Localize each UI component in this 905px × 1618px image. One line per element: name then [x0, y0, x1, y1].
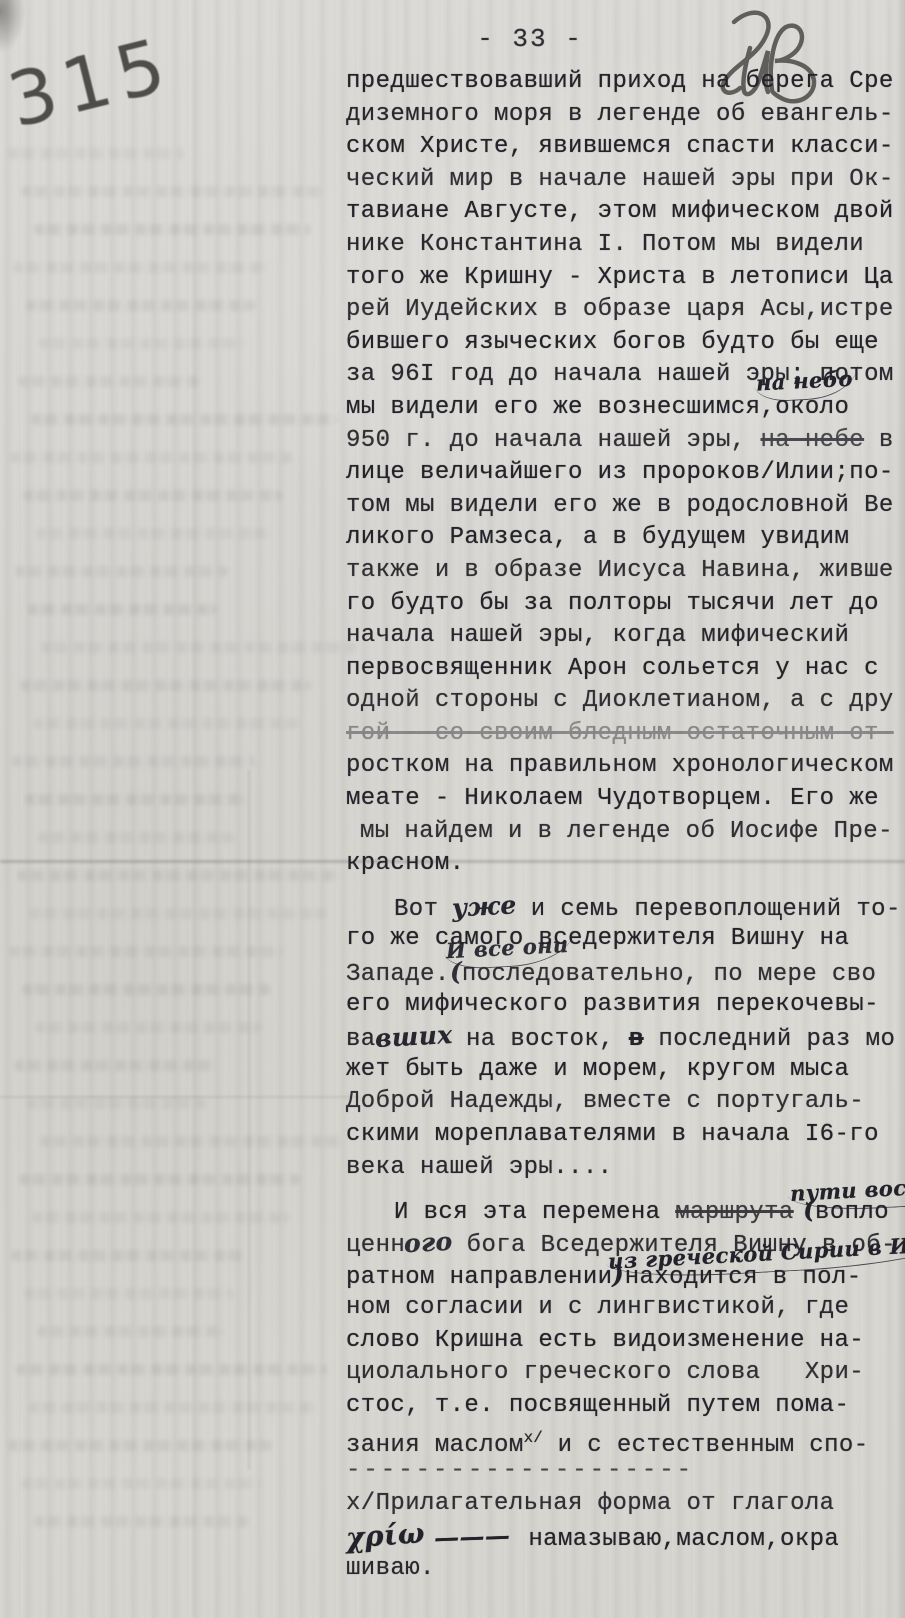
typed-line: стос, т.е. посвященный путем пома- [346, 1390, 902, 1423]
typed-text: ном согласии и с лингвистикой, где [346, 1294, 849, 1321]
typed-line: диземного моря в легенде об евангель- [346, 99, 902, 132]
bleed-through-line [34, 224, 311, 235]
typed-line: го же самого вседержителя Вишну на [346, 923, 902, 956]
typed-line: циолального греческого слова Хри- [346, 1357, 902, 1390]
typed-line: того же Кришну - Христа в летописи Ца [346, 262, 902, 295]
typed-line: слово Кришна есть видоизменение на- [346, 1325, 902, 1358]
typed-text: ликого Рамзеса, а в будущем увидим [346, 524, 849, 551]
typed-line: меате - Николаем Чудотворцем. Его же [346, 783, 902, 816]
handwritten-text: х/ [524, 1429, 543, 1447]
bleed-through-line [40, 1136, 344, 1147]
bleed-through-line [17, 870, 338, 881]
bleed-through-line [34, 1516, 250, 1527]
typed-line: начала нашей эры, когда мифический [346, 620, 902, 653]
typed-line: том мы видели его же в родословной Ве [346, 490, 902, 523]
typed-line: χρίω ——— намазываю,маслом,окра [346, 1520, 902, 1553]
typed-line: ликого Рамзеса, а в будущем увидим [346, 522, 902, 555]
bleed-through-line [20, 680, 311, 691]
typed-text: одной стороны с Диоклетианом, а с дру [346, 687, 894, 714]
bleed-through-line [12, 756, 255, 767]
typed-text: того же Кришну - Христа в летописи Ца [346, 264, 894, 291]
struck-text: в [629, 1026, 644, 1053]
bleed-through-line [11, 1250, 244, 1261]
bleed-through-line [28, 604, 217, 615]
typed-text: ценн [346, 1232, 405, 1259]
typed-line: жет быть даже и морем, кругом мыса [346, 1054, 902, 1087]
typed-text: и семь перевоплощений то- [516, 896, 901, 923]
typed-line: ратном направлениииз греческой Сирии в И… [346, 1259, 902, 1292]
corner-smudge [0, 0, 26, 54]
scanned-typescript-page: - 33 - 315 предшествовавший приход на бе… [0, 0, 905, 1618]
typed-line: ском Христе, явившемся спасти класси- [346, 131, 902, 164]
typed-text: на восток, [451, 1026, 629, 1053]
bleed-through-line [13, 262, 267, 273]
bleed-through-line [8, 148, 184, 159]
typed-line: х/Прилагательная форма от глагола [346, 1488, 902, 1521]
typed-text: го будто бы за полторы тысячи лет до [346, 590, 879, 617]
typed-text: века нашей эры.... [346, 1154, 612, 1181]
typed-text: шиваю. [346, 1555, 435, 1582]
handwritten-text: χρίω [345, 1517, 426, 1555]
typed-text: х/Прилагательная форма от глагола [346, 1490, 834, 1517]
handwritten-page-number: 315 [0, 21, 181, 144]
typed-text: жет быть даже и морем, кругом мыса [346, 1056, 849, 1083]
typed-text: красном. [346, 850, 464, 877]
handwritten-text: ( [793, 1194, 815, 1227]
typed-line: И вся эта перемена маршрутапути восьмикр… [346, 1194, 902, 1227]
typed-text: мы найдем и в легенде об Иосифе Пре- [360, 818, 893, 845]
bleed-through-line [19, 1174, 300, 1185]
typed-text: его мифического развития перекочевы- [346, 991, 879, 1018]
typed-text: лице величайшего из пророков/Илии;по- [346, 459, 894, 486]
bleed-through-text [0, 148, 338, 1588]
bleed-through-line [41, 642, 355, 653]
typed-line: Вот уже и семь перевоплощений то- [346, 891, 902, 924]
typed-text: ратном направлении [346, 1264, 612, 1291]
bleed-through-line [25, 794, 245, 805]
bleed-through-line [21, 1478, 261, 1489]
typed-text: диземного моря в легенде об евангель- [346, 101, 894, 128]
typed-text: последний раз мо [644, 1026, 896, 1053]
typed-text: ростком на правильном хронологическом [346, 752, 894, 779]
handwritten-text: ого [403, 1226, 453, 1261]
typed-text: меате - Николаем Чудотворцем. Его же [346, 785, 879, 812]
typed-line: тавиане Августе, этом мифическом двой [346, 196, 902, 229]
typed-line: первосвященник Арон сольется у нас с [346, 653, 902, 686]
typed-line: красном. [346, 848, 902, 881]
typed-line: ческий мир в начале нашей эры при Ок- [346, 164, 902, 197]
bleed-through-line [15, 566, 228, 577]
typed-line: его мифического развития перекочевы- [346, 989, 902, 1022]
page-number: - 33 - [455, 24, 605, 54]
bleed-through-line [36, 528, 273, 539]
typed-text: первосвященник Арон сольется у нас с [346, 655, 879, 682]
typed-text: рей Иудейских в образе царя Асы,истре [346, 296, 894, 323]
typed-line: бившего языческих богов будто бы еще [346, 327, 902, 360]
typed-text: ческий мир в начале нашей эры при Ок- [346, 166, 894, 193]
bleed-through-line [27, 1098, 206, 1109]
typed-line: шиваю. [346, 1553, 902, 1586]
typed-line: скими мореплавателями в начала I6-го [346, 1119, 902, 1152]
typed-line: гой - со своим бледным остаточным от- [346, 718, 902, 751]
typed-line: вавших на восток, в последний раз мо [346, 1021, 902, 1054]
struck-text: на небе [760, 427, 864, 454]
typed-line: ростком на правильном хронологическом [346, 750, 902, 783]
typed-text: стос, т.е. посвященный путем пома- [346, 1392, 849, 1419]
bleed-through-line [8, 1440, 272, 1451]
bleed-through-line [9, 946, 283, 957]
bleed-through-line [39, 338, 245, 349]
handwritten-text: ——— [424, 1519, 529, 1555]
typed-line: го будто бы за полторы тысячи лет до [346, 588, 902, 621]
typed-text: бившего языческих богов будто бы еще [346, 329, 879, 356]
struck-text: маршрута [675, 1199, 793, 1226]
typed-text: слово Кришна есть видоизменение на- [346, 1327, 864, 1354]
typed-text: том мы видели его же в родословной Ве [346, 492, 894, 519]
bleed-through-line [16, 1364, 327, 1375]
bleed-through-line [38, 832, 234, 843]
bleed-through-line [23, 490, 283, 501]
typed-text: также и в образе Иисуса Навина, живше [346, 557, 894, 584]
bleed-through-line [37, 1326, 223, 1337]
bleed-through-line [32, 1212, 289, 1223]
bleed-through-line [10, 452, 294, 463]
struck-text: гой - со своим бледным остаточным от- [346, 720, 894, 747]
typed-text: -------------------- [346, 1457, 694, 1484]
bleed-through-line [24, 1288, 234, 1299]
typed-text: 950 г. до начала нашей эры, [346, 427, 760, 454]
typed-text: намазываю,маслом,окра [528, 1526, 839, 1553]
typed-text: предшествовавший приход на берега Сре [346, 68, 894, 95]
typed-line: одной стороны с Диоклетианом, а с дру [346, 685, 902, 718]
typed-line: -------------------- [346, 1455, 902, 1488]
handwritten-text: вших [374, 1019, 453, 1056]
typed-line: также и в образе Иисуса Навина, живше [346, 555, 902, 588]
typed-text: И вся эта перемена [394, 1199, 675, 1226]
typed-text: Доброй Надежды, вместе с португаль- [346, 1088, 864, 1115]
typed-text: циолального греческого слова Хри- [346, 1359, 864, 1386]
typed-line: рей Иудейских в образе царя Асы,истре [346, 294, 902, 327]
typed-text: Вот [394, 896, 453, 923]
bleed-through-line [22, 984, 272, 995]
typed-text: ва [346, 1026, 376, 1053]
bleed-through-line [14, 1060, 217, 1071]
typed-line: Доброй Надежды, вместе с португаль- [346, 1086, 902, 1119]
typed-text: ском Христе, явившемся спасти класси- [346, 133, 894, 160]
typed-text: мы видели его же вознесшимся [346, 394, 760, 421]
bleed-through-line [18, 376, 201, 387]
bleed-through-line [30, 908, 327, 919]
typed-text: скими мореплавателями в начала I6-го [346, 1121, 879, 1148]
typed-text: Западе. [346, 961, 450, 988]
typed-line: лице величайшего из пророков/Илии;по- [346, 457, 902, 490]
bleed-through-line [33, 718, 300, 729]
bleed-through-line [26, 300, 256, 311]
typed-line: Западе.И все они(последовательно, по мер… [346, 956, 902, 989]
typed-line: мы видели его же вознесшимсяна небо,окол… [346, 392, 902, 425]
typed-line: 950 г. до начала нашей эры, на небе в [346, 425, 902, 458]
typed-text: нике Константина I. Потом мы видели [346, 231, 864, 258]
handwritten-text: уже [451, 889, 517, 925]
typed-text-block: предшествовавший приход на берега Средиз… [346, 66, 902, 1585]
bleed-through-line [35, 1022, 261, 1033]
bleed-through-line [21, 186, 322, 197]
typed-line: мы найдем и в легенде об Иосифе Пре- [346, 816, 902, 849]
typed-line: ном согласии и с лингвистикой, где [346, 1292, 902, 1325]
typed-text: начала нашей эры, когда мифический [346, 622, 849, 649]
typed-text: го же самого вседержителя Вишну на [346, 925, 849, 952]
typed-text: тавиане Августе, этом мифическом двой [346, 198, 894, 225]
bleed-through-line [29, 1402, 316, 1413]
handwritten-text: ) [612, 1259, 625, 1292]
typed-line: зания масломх/ и с естественным спо- [346, 1422, 902, 1455]
typed-line: предшествовавший приход на берега Сре [346, 66, 902, 99]
typed-text: в [864, 427, 894, 454]
handwritten-text: ( [449, 956, 462, 989]
bleed-through-line [31, 414, 339, 425]
typed-line: нике Константина I. Потом мы видели [346, 229, 902, 262]
